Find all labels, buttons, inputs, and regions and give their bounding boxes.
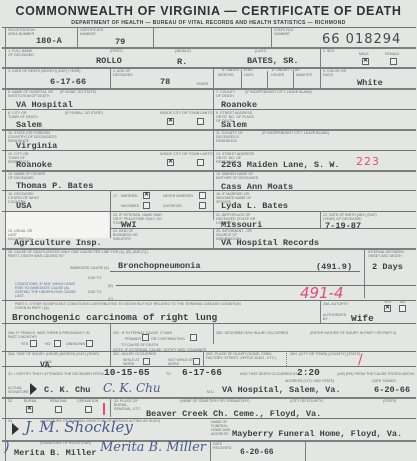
cremation-label: Cremation <box>77 399 98 403</box>
cremation-checkbox[interactable] <box>85 406 92 413</box>
divider <box>2 150 416 151</box>
divider <box>110 397 111 417</box>
certificate-title: COMMONWEALTH OF VIRGINIA — CERTIFICATE O… <box>0 4 417 18</box>
divider <box>320 67 321 88</box>
registration-area-label: Registration Area Number <box>8 28 38 36</box>
date-of-birth-label: 22. Date of Birth (Mo.) (Day) (Year) of … <box>323 213 383 221</box>
while-at-work-label: while at work <box>123 358 143 366</box>
divider <box>203 351 204 366</box>
inside-limits-no-checkbox[interactable] <box>197 118 204 125</box>
state-file-label: State File Number <box>274 28 299 36</box>
autopsy-label: 28a. Autopsy <box>323 302 348 306</box>
divider <box>320 47 321 67</box>
color-race: White <box>357 78 383 88</box>
physician-signature: C. K. Chu <box>103 381 161 395</box>
cause-b-label: (b) <box>108 284 113 288</box>
divider <box>271 27 272 47</box>
divider <box>110 323 111 366</box>
removal-label: Removal <box>50 399 67 403</box>
due-to-label-1: Due to <box>88 276 101 280</box>
red-mark <box>103 403 105 415</box>
marital-label: 17. <box>113 194 118 198</box>
divider <box>213 228 214 248</box>
city-county-sub-label: (city or county) <box>290 399 323 403</box>
attended-from: 10-15-65 <box>104 367 150 378</box>
interval-label: Interval between onset and death <box>368 250 408 258</box>
divider <box>241 71 242 88</box>
registration-area-value: 180-A <box>36 36 62 46</box>
certificate-number-label: Certificate Number <box>80 28 105 36</box>
interval-value: 2 Days <box>372 262 403 272</box>
cemetery-sub-label: (name of cemetery or crematory) <box>180 399 250 403</box>
divider <box>110 67 111 88</box>
address-label: Address (City and State) <box>285 379 334 383</box>
mother-label: 15. Maiden Name of Mother of Deceased <box>216 172 261 180</box>
date-signed-label: Date Signed <box>372 379 396 383</box>
minutes-label: Minutes <box>296 73 312 77</box>
father-label: 14. Name of Father of Deceased <box>8 172 48 180</box>
widowed-label: Widowed <box>121 204 139 208</box>
married-label: Married <box>121 194 138 198</box>
not-while-at-work-checkbox[interactable] <box>193 358 200 365</box>
injury-occurred-label: 30c. Injury Occurred <box>113 352 156 356</box>
days-label: Days <box>244 73 254 77</box>
residence-annotation: 223 <box>356 155 380 168</box>
autopsy-no-checkbox[interactable] <box>399 305 406 312</box>
md-label: M.D. <box>207 390 215 394</box>
injury-location-label: 30h. (city or town) (county) (state) <box>290 352 360 356</box>
pregnancy-unknown-checkbox[interactable] <box>86 340 93 347</box>
to-label: to <box>166 372 171 376</box>
hours-label: Hours <box>271 73 284 77</box>
county-of-death-note: (If independent city, leave blank) <box>245 90 312 94</box>
burial-place-label: 33. Place of Burial, Removal, etc. <box>114 399 144 411</box>
attended-to: 6-17-66 <box>182 367 222 378</box>
last-name: BATES, SR. <box>247 56 299 66</box>
registrar-signature: Merita B. Miller <box>100 440 206 455</box>
physician-address: VA Hospital, Salem, Va. <box>222 385 341 395</box>
conditions-label: Conditions, if any, which gave rise to i… <box>15 282 80 298</box>
last-name-label: (Last) <box>255 49 266 53</box>
divider <box>305 440 306 461</box>
sex-male-checkbox[interactable] <box>362 58 369 65</box>
residence-inside-yes-checkbox[interactable] <box>167 159 174 166</box>
sex-label: 2. Sex <box>323 49 334 53</box>
contributing-label: or Contributing <box>151 337 185 341</box>
date-of-birth: 7-19-87 <box>325 221 361 231</box>
city-of-death-label: 8. City or Town of Death <box>8 111 38 119</box>
while-at-work-checkbox[interactable] <box>143 358 150 365</box>
autopsy-yes-checkbox[interactable] <box>384 305 391 312</box>
describe-injury-label: 30d. Describe how injury occurred <box>216 331 288 335</box>
part2-label: Part II. Other significant conditions co… <box>15 302 245 310</box>
immediate-cause-code: (491.9) <box>316 262 352 272</box>
married-checkbox[interactable] <box>143 192 150 199</box>
divider <box>2 27 416 28</box>
date-of-death-label: 3. Date of Death (Month) (Day) (Year) <box>8 69 80 73</box>
burial-label: Burial <box>24 399 37 403</box>
autopsy-no-label: No <box>400 300 405 304</box>
full-name-label: 1. Full Name of Deceased <box>8 49 38 57</box>
divider <box>320 211 321 228</box>
burial-checkbox[interactable] <box>26 406 33 413</box>
color-race-label: 5. Color or Race <box>323 69 348 77</box>
funeral-home: Mayberry Funeral Home, Floyd, Va. <box>232 429 402 439</box>
va-stamp: VA <box>40 361 50 370</box>
divider <box>2 109 416 110</box>
residence-inside-limits-label: Inside city or town limits? <box>160 152 214 156</box>
divider <box>77 27 78 47</box>
divider <box>213 67 214 88</box>
first-name-label: (First) <box>110 49 123 53</box>
divider <box>2 323 416 324</box>
widowed-checkbox[interactable] <box>143 202 150 209</box>
divider <box>2 47 416 49</box>
primary-label: Primary <box>125 337 141 341</box>
first-name: ROLLO <box>96 56 122 66</box>
pregnancy-no-label: no <box>45 342 50 346</box>
hospital-label: 6. Name of Hospital or Institution of De… <box>8 90 58 98</box>
divider <box>320 300 321 323</box>
under-year-label: If under 1 year <box>222 68 253 72</box>
citizenship: USA <box>16 201 31 211</box>
inside-limits-label: Inside city or town limits? <box>160 111 214 115</box>
sign-here-arrow-icon <box>12 423 19 435</box>
middle-name-label: (Middle) <box>175 49 191 53</box>
divider <box>286 351 287 366</box>
state-file-number: 66 018294 <box>322 32 401 47</box>
physician-typed-name: C. K. Chu <box>44 385 90 395</box>
date-received: 6-20-66 <box>240 448 274 457</box>
ampm-label: (AM) (PM) from the cause stated above <box>337 372 414 376</box>
never-married-label: Never Married <box>163 194 193 198</box>
business-label: 24. Kind of Business or Industry <box>113 229 148 241</box>
describe-injury-note: (Enter nature of injury in part I or par… <box>310 331 396 335</box>
date-received-label: Date Received <box>213 442 238 450</box>
actual-signature-label: Actual Signature <box>8 386 24 394</box>
divider <box>293 71 294 88</box>
spouse-name: Lyda L. Bates <box>221 201 288 211</box>
due-to-label-2: Due to <box>88 290 101 294</box>
never-married-checkbox[interactable] <box>199 192 206 199</box>
divider <box>2 300 416 301</box>
time-of-injury-label: 30a. Time of Injury (Hour) (Month) (Day)… <box>8 352 99 356</box>
pregnancy-label: 29a. If female, was there a pregnancy in… <box>8 331 98 339</box>
authorized-by-label: Authorized by <box>323 313 343 321</box>
date-of-death: 6-17-66 <box>50 77 86 87</box>
certificate-number-value: 79 <box>115 37 125 47</box>
pregnancy-yes-label: yes <box>21 342 28 346</box>
pregnancy-unknown-label: unknown <box>66 342 85 346</box>
registrar-typed-name: Merita B. Miller <box>14 448 97 458</box>
removal-checkbox[interactable] <box>55 406 62 413</box>
divorced-label: Divorced <box>163 204 182 208</box>
to-cause-label: to cause of death. <box>121 343 159 347</box>
pregnancy-no-checkbox[interactable] <box>54 340 61 347</box>
middle-name: R. <box>177 57 187 67</box>
sex-male-label: Male <box>359 52 369 56</box>
sex-female-checkbox[interactable] <box>390 58 397 65</box>
age-unit: years <box>196 82 208 86</box>
divider <box>110 190 111 238</box>
registrar-mark: ) <box>4 439 9 455</box>
divorced-checkbox[interactable] <box>199 202 206 209</box>
not-while-at-work-label: not while at work <box>168 358 193 366</box>
cause-b-line <box>116 285 416 286</box>
residence-city: Roanoke <box>16 160 52 170</box>
disposition-label: 32. <box>8 399 13 403</box>
divider <box>267 71 268 88</box>
divider <box>110 228 416 229</box>
cause-of-death-label: 26. Cause of Death (Enter only one cause… <box>8 250 158 258</box>
date-signed: 6-20-66 <box>374 385 410 395</box>
hospital-note: (If none, so state) <box>60 90 96 94</box>
part2-conditions: Bronchogenic carcinoma of right lung <box>12 312 217 323</box>
registrar-label: (Signature of registrar) <box>40 441 91 445</box>
death-occurred-label: and that death occurred at <box>240 372 297 376</box>
divider <box>2 190 416 191</box>
primary-checkbox[interactable] <box>142 334 149 341</box>
immediate-cause: Bronchopneumonia <box>118 261 201 271</box>
age-label: 4. Age of Deceased <box>113 69 143 77</box>
divider <box>213 323 214 344</box>
death-time: 2:20 <box>297 367 320 378</box>
residence-inside-no-checkbox[interactable] <box>197 159 204 166</box>
sign-here-arrow-icon <box>30 383 37 395</box>
age: 78 <box>160 77 170 87</box>
informant: VA Hospital Records <box>221 238 319 248</box>
place-of-injury-label: 30g. Place of Injury (home, farm, factor… <box>206 352 281 360</box>
residence-county-note: (If independent city, leave blank) <box>262 131 329 135</box>
residence-street: 2263 Maiden Lane, S. W. <box>221 160 340 170</box>
contributing-checkbox[interactable] <box>190 334 197 341</box>
county-of-death-label: 7. County of Death <box>216 90 241 98</box>
funeral-director-signature: J. M. Shockley <box>25 418 133 436</box>
under-day-label: If under 1 day <box>272 68 300 72</box>
occupation: Agriculture Insp. <box>14 238 102 248</box>
pregnancy-yes-checkbox[interactable] <box>30 340 37 347</box>
months-label: Months <box>218 73 234 77</box>
state-sub-label: (state) <box>383 399 396 403</box>
residence-county-label: 11. County of Deceased's Residence <box>216 131 256 143</box>
sex-female-label: Female <box>385 52 399 56</box>
divider <box>364 248 365 298</box>
certificate-subtitle: DEPARTMENT OF HEALTH — BUREAU OF VITAL R… <box>0 20 417 26</box>
city-of-death-note: (If rural, so state) <box>65 111 103 115</box>
divider <box>5 27 6 461</box>
divider <box>2 170 416 172</box>
certify-label: 31. I certify that I attended the deceas… <box>8 372 104 376</box>
divider <box>210 440 211 461</box>
immediate-cause-label: Immediate Cause (a) <box>70 266 109 270</box>
inside-limits-yes-checkbox[interactable] <box>167 118 174 125</box>
divider <box>153 27 154 47</box>
